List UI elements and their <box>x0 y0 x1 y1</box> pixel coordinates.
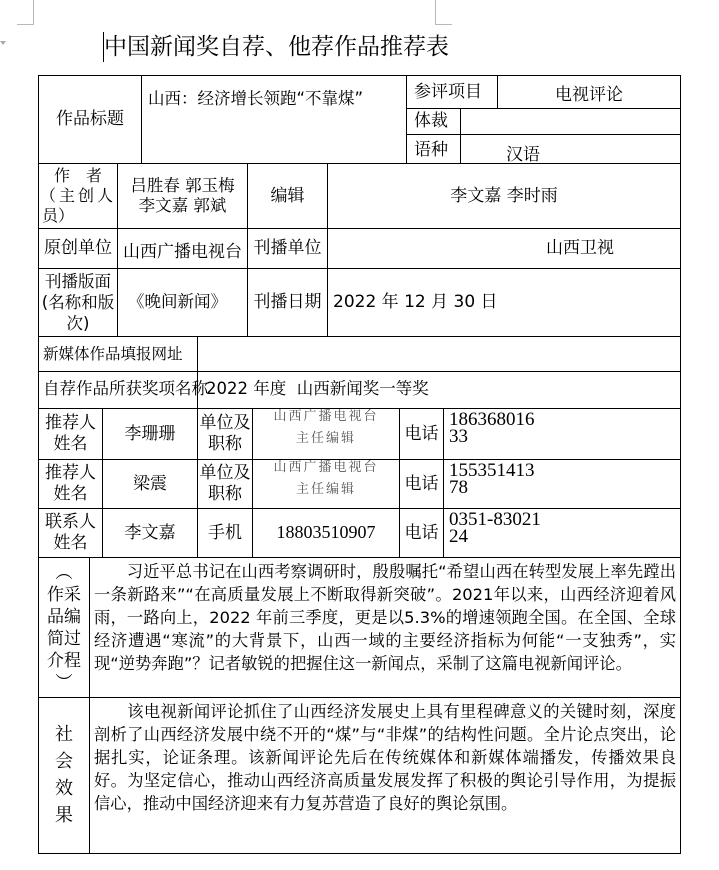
phone-value[interactable]: 0351-83021 24 <box>449 511 541 545</box>
publish-date-value[interactable]: 2022 年 12 月 30 日 <box>333 291 498 313</box>
effect-text[interactable]: 该电视新闻评论抓住了山西经济发展史上具有里程碑意义的关键时刻，深度剖析了山西经济… <box>94 700 676 815</box>
layout-value[interactable]: 《晚间新闻》 <box>128 291 227 313</box>
award-label: 自荐作品所获奖项名称 <box>43 378 208 400</box>
new-media-url-label: 新媒体作品填报网址 <box>43 343 183 365</box>
authors-value[interactable]: 吕胜春 郭玉梅 李文嘉 郭斌 <box>118 164 247 228</box>
editor-label: 编辑 <box>248 164 327 228</box>
recommender-label: 推荐人 姓名 <box>39 409 102 459</box>
contact-name[interactable]: 李文嘉 <box>103 509 197 557</box>
genre-label: 体裁 <box>414 109 448 134</box>
language-value[interactable]: 汉语 <box>506 144 540 163</box>
phone-label: 电话 <box>400 409 443 459</box>
recommender-name[interactable]: 李珊珊 <box>103 409 197 459</box>
work-title-value[interactable]: 山西：经济增长领跑“不靠煤” <box>148 88 363 110</box>
new-media-url-value[interactable] <box>198 337 680 371</box>
contact-label: 联系人 姓名 <box>39 509 102 557</box>
intro-label: ︵ 作采 品编 简过 介程 ︶ <box>39 558 89 697</box>
publish-unit-value[interactable]: 山西卫视 <box>480 229 680 268</box>
unit-title-value[interactable]: 山西广播电视台 主任编辑 <box>253 459 399 499</box>
work-title-label: 作品标题 <box>39 76 141 163</box>
category-label: 参评项目 <box>414 80 482 104</box>
mobile-label: 手机 <box>198 509 252 557</box>
unit-title-label: 单位及 职称 <box>198 460 252 508</box>
unit-title-label: 单位及 职称 <box>198 409 252 459</box>
category-value[interactable]: 电视评论 <box>498 80 680 110</box>
language-label: 语种 <box>414 138 448 162</box>
phone-label: 电话 <box>400 509 443 557</box>
intro-text[interactable]: 习近平总书记在山西考察调研时，殷殷嘱托“希望山西在转型发展上率先蹚出一条新路来”… <box>94 560 676 675</box>
award-value[interactable]: 2022 年度 山西新闻奖一等奖 <box>206 378 429 400</box>
phone-label: 电话 <box>400 460 443 508</box>
publish-unit-label: 刊播单位 <box>248 229 327 268</box>
editors-value[interactable]: 李文嘉 李时雨 <box>328 164 680 228</box>
effect-label: 社 会 效 果 <box>39 720 89 830</box>
layout-label: 刊播版面 (名称和版 次) <box>39 269 117 336</box>
original-unit-label: 原创单位 <box>39 229 117 268</box>
recommender-name[interactable]: 梁震 <box>103 460 197 508</box>
publish-date-label: 刊播日期 <box>248 269 327 336</box>
mobile-value[interactable]: 18803510907 <box>253 509 399 555</box>
unit-title-value[interactable]: 山西广播电视台 主任编辑 <box>253 408 399 448</box>
phone-value[interactable]: 186368016 33 <box>449 411 535 445</box>
original-unit-value[interactable]: 山西广播电视台 <box>118 233 247 272</box>
author-label: 作 者 （主创人 员） <box>39 164 117 228</box>
recommender-label: 推荐人 姓名 <box>39 460 102 508</box>
genre-value[interactable] <box>461 109 680 134</box>
phone-value[interactable]: 155351413 78 <box>449 462 535 496</box>
